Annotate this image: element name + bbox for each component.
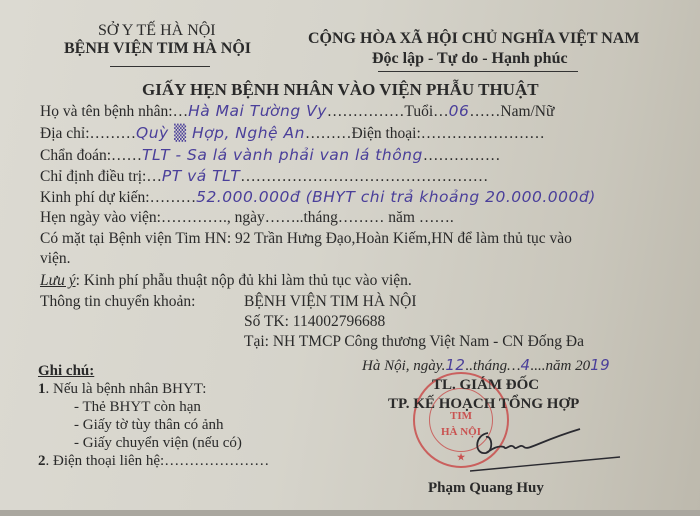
name-label: Họ và tên bệnh nhân: bbox=[40, 103, 173, 120]
signer-role-2: TP. KẾ HOẠCH TỔNG HỢP bbox=[388, 396, 579, 413]
presence-text-cont: viện. bbox=[40, 250, 71, 268]
header-right-underline bbox=[378, 71, 578, 72]
address-row: Địa chỉ:………Quỳ ▒ Hợp, Nghệ An………Điện tho… bbox=[40, 124, 545, 143]
note-text: : Kinh phí phẫu thuật nộp đủ khi làm thủ… bbox=[76, 272, 412, 289]
document-title: GIẤY HẸN BỆNH NHÂN VÀO VIỆN PHẪU THUẬT bbox=[142, 80, 539, 100]
national-title: CỘNG HÒA XÃ HỘI CHỦ NGHĨA VIỆT NAM bbox=[308, 30, 639, 48]
note-label: Lưu ý bbox=[40, 272, 76, 289]
notes-item-2-number: 2 bbox=[38, 453, 46, 469]
age-value: 06 bbox=[449, 102, 470, 120]
treatment-label: Chỉ định điều trị: bbox=[40, 168, 146, 185]
hospital-name: BỆNH VIỆN TIM HÀ NỘI bbox=[64, 40, 251, 58]
appointment-year-label: năm bbox=[388, 209, 415, 226]
treatment-row: Chỉ định điều trị:…PT vá TLT………………………………… bbox=[40, 167, 488, 186]
transfer-account: Số TK: 114002796688 bbox=[244, 313, 385, 331]
notes-item-2-text: . Điện thoại liên hệ: bbox=[46, 453, 165, 469]
treatment-value: PT vá TLT bbox=[162, 167, 240, 185]
national-motto: Độc lập - Tự do - Hạnh phúc bbox=[372, 50, 568, 68]
gender-label: Nam/Nữ bbox=[500, 103, 554, 120]
notes-sub-2: - Giấy tờ tùy thân có ảnh bbox=[74, 417, 224, 434]
signer-name: Phạm Quang Huy bbox=[428, 480, 544, 497]
notes-item-2: 2. Điện thoại liên hệ:………………… bbox=[38, 453, 269, 470]
date-day: 12 bbox=[445, 356, 465, 374]
place-date: Hà Nội, ngày.12..tháng…4....năm 2019 bbox=[362, 356, 610, 375]
diagnosis-value: TLT - Sa lá vành phải van lá thông bbox=[142, 146, 423, 164]
note-row: Lưu ý: Kinh phí phẫu thuật nộp đủ khi là… bbox=[40, 272, 412, 290]
phone-label: Điện thoại: bbox=[351, 125, 420, 142]
date-year-label: năm 20 bbox=[546, 358, 591, 374]
presence-text: Có mặt tại Bệnh viện Tim HN: 92 Trần Hưn… bbox=[40, 230, 572, 248]
date-year-suffix: 19 bbox=[590, 356, 610, 374]
cost-label: Kinh phí dự kiến: bbox=[40, 189, 150, 206]
header-left-underline bbox=[110, 66, 210, 67]
address-value: Quỳ ▒ Hợp, Nghệ An bbox=[136, 124, 305, 142]
document-paper: SỞ Y TẾ HÀ NỘI BỆNH VIỆN TIM HÀ NỘI CỘNG… bbox=[0, 0, 700, 516]
name-value: Hà Mai Tường Vy bbox=[188, 102, 327, 120]
cost-value: 52.000.000đ (BHYT chi trả khoảng 20.000.… bbox=[196, 188, 596, 206]
handwritten-signature bbox=[470, 425, 650, 475]
name-row: Họ và tên bệnh nhân:…Hà Mai Tường Vy…………… bbox=[40, 102, 554, 121]
address-label: Địa chỉ: bbox=[40, 125, 90, 142]
date-month-label: tháng bbox=[473, 358, 507, 374]
appointment-month-label: tháng bbox=[303, 209, 337, 226]
ministry-name: SỞ Y TẾ HÀ NỘI bbox=[98, 22, 216, 40]
appointment-day-label: ngày bbox=[235, 209, 265, 226]
notes-item-1-number: 1 bbox=[38, 381, 46, 397]
date-month: 4 bbox=[520, 356, 530, 374]
cost-row: Kinh phí dự kiến:………52.000.000đ (BHYT ch… bbox=[40, 188, 596, 207]
transfer-beneficiary: BỆNH VIỆN TIM HÀ NỘI bbox=[244, 293, 417, 311]
diagnosis-row: Chẩn đoán:……TLT - Sa lá vành phải van lá… bbox=[40, 146, 500, 165]
notes-heading: Ghi chú: bbox=[38, 363, 94, 380]
notes-sub-1: - Thẻ BHYT còn hạn bbox=[74, 399, 201, 416]
transfer-bank: Tại: NH TMCP Công thương Việt Nam - CN Đ… bbox=[244, 333, 584, 351]
appointment-label: Hẹn ngày vào viện: bbox=[40, 209, 161, 226]
notes-item-1-text: . Nếu là bệnh nhân BHYT: bbox=[46, 381, 207, 397]
signer-role-1: TL. GIÁM ĐỐC bbox=[432, 377, 539, 394]
transfer-label: Thông tin chuyển khoản: bbox=[40, 293, 195, 311]
place-date-prefix: Hà Nội, ngày bbox=[362, 358, 442, 374]
notes-sub-3: - Giấy chuyển viện (nếu có) bbox=[74, 435, 242, 452]
age-label: Tuổi bbox=[404, 103, 433, 120]
notes-item-1: 1. Nếu là bệnh nhân BHYT: bbox=[38, 381, 206, 398]
diagnosis-label: Chẩn đoán: bbox=[40, 147, 111, 164]
appointment-row: Hẹn ngày vào viện:…………., ngày……..tháng……… bbox=[40, 209, 454, 227]
